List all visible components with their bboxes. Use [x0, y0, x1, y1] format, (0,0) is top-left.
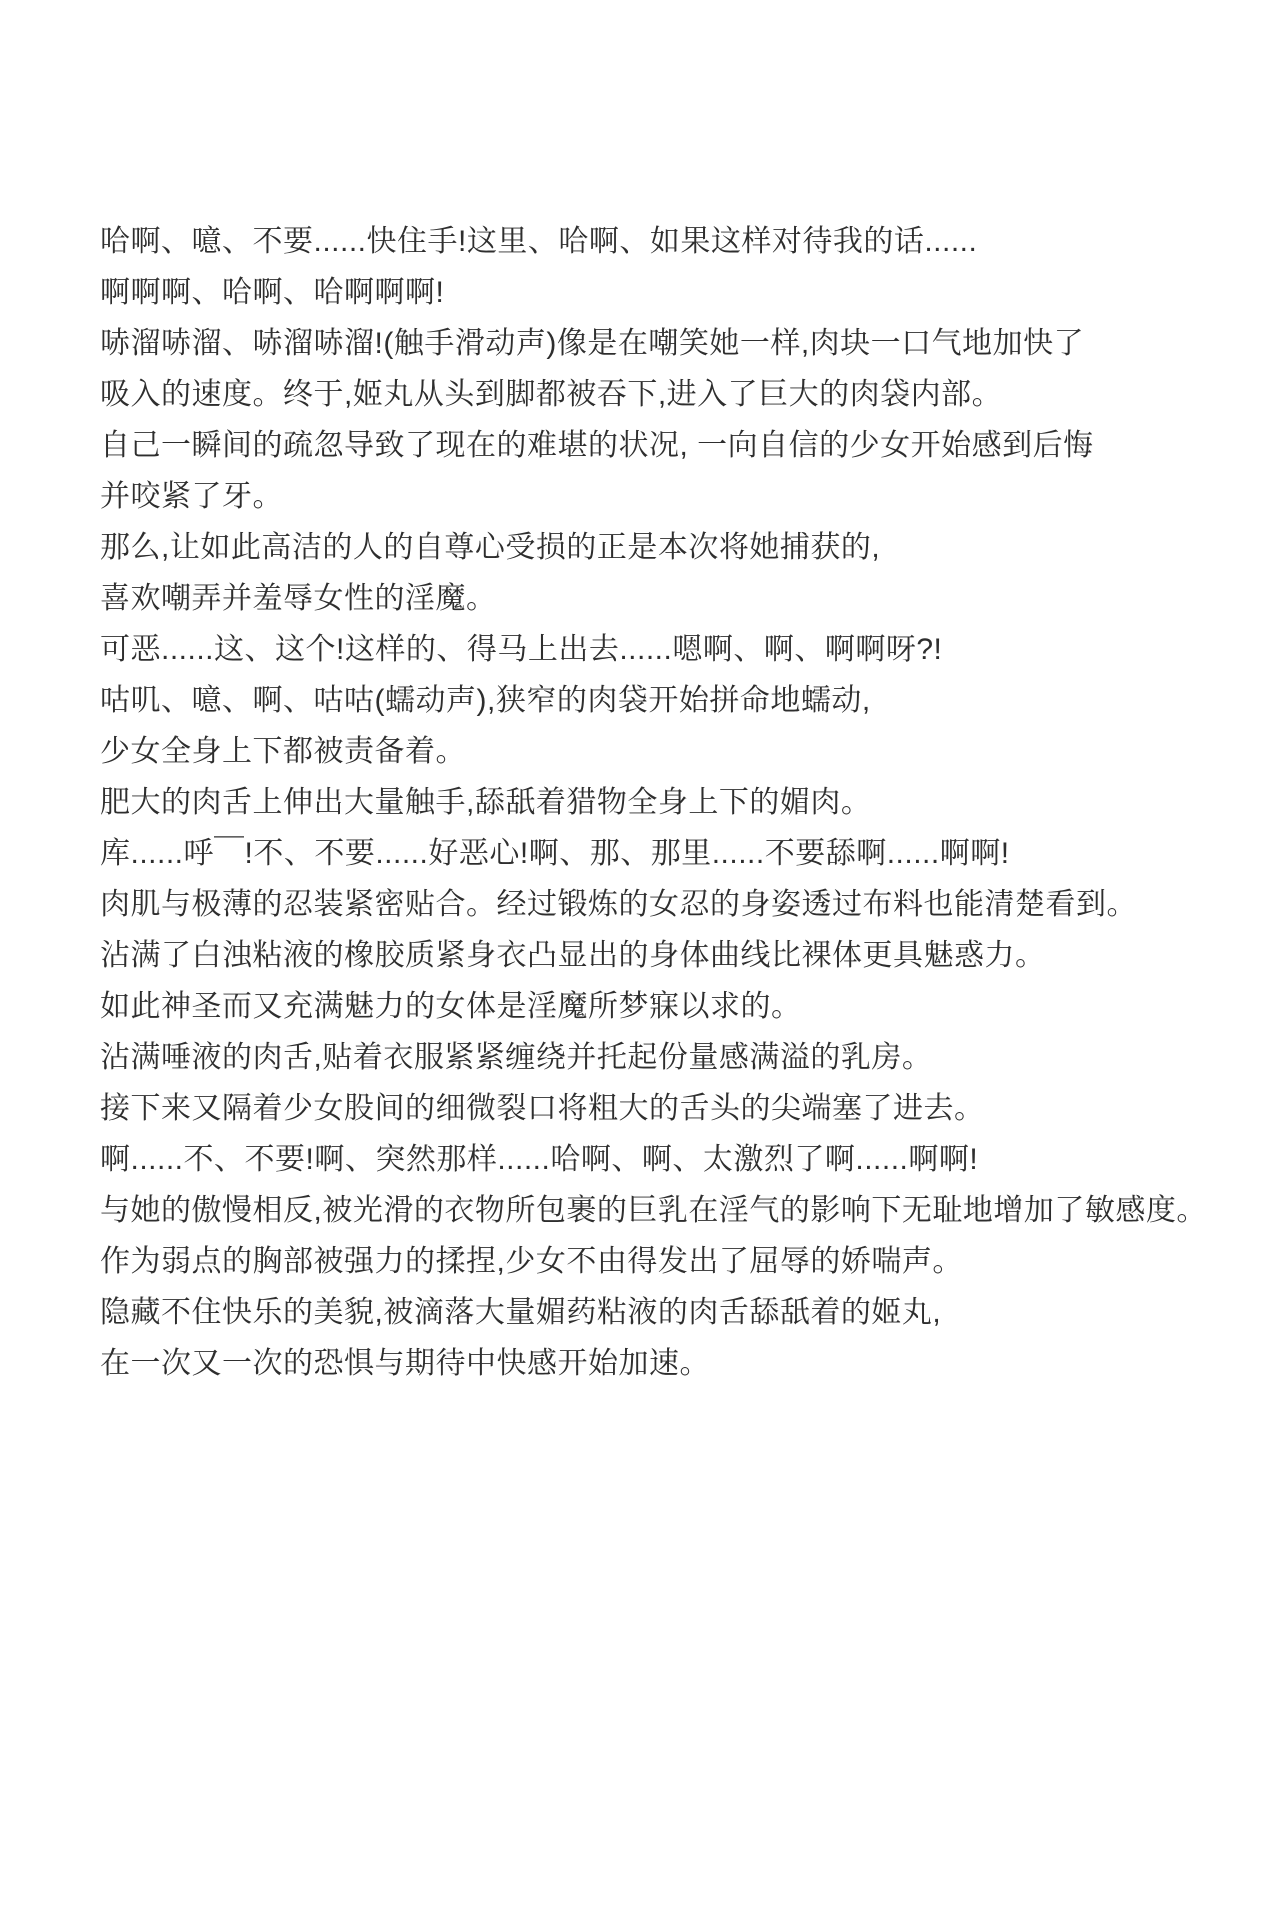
text-line-18: 接下来又隔着少女股间的细微裂口将粗大的舌头的尖端塞了进去。	[100, 1083, 1272, 1134]
text-line-12: 肥大的肉舌上伸出大量触手,舔舐着猎物全身上下的媚肉。	[100, 777, 1272, 828]
text-line-6: 并咬紧了牙。	[100, 471, 1272, 522]
text-line-15: 沾满了白浊粘液的橡胶质紧身衣凸显出的身体曲线比裸体更具魅惑力。	[100, 930, 1272, 981]
text-line-3: 哧溜哧溜、哧溜哧溜!(触手滑动声)像是在嘲笑她一样,肉块一口气地加快了	[100, 318, 1272, 369]
text-line-21: 作为弱点的胸部被强力的揉捏,少女不由得发出了屈辱的娇喘声。	[100, 1236, 1272, 1287]
text-line-8: 喜欢嘲弄并羞辱女性的淫魔。	[100, 573, 1272, 624]
text-line-5: 自己一瞬间的疏忽导致了现在的难堪的状况, 一向自信的少女开始感到后悔	[100, 420, 1272, 471]
text-line-9: 可恶......这、这个!这样的、得马上出去......嗯啊、啊、啊啊呀?!	[100, 624, 1272, 675]
text-line-20: 与她的傲慢相反,被光滑的衣物所包裹的巨乳在淫气的影响下无耻地增加了敏感度。	[100, 1185, 1272, 1236]
text-line-11: 少女全身上下都被责备着。	[100, 726, 1272, 777]
text-line-14: 肉肌与极薄的忍装紧密贴合。经过锻炼的女忍的身姿透过布料也能清楚看到。	[100, 879, 1272, 930]
text-line-19: 啊......不、不要!啊、突然那样......哈啊、啊、太激烈了啊......…	[100, 1134, 1272, 1185]
text-line-4: 吸入的速度。终于,姬丸从头到脚都被吞下,进入了巨大的肉袋内部。	[100, 369, 1272, 420]
text-line-10: 咕叽、噫、啊、咕咕(蠕动声),狭窄的肉袋开始拼命地蠕动,	[100, 675, 1272, 726]
text-line-16: 如此神圣而又充满魅力的女体是淫魔所梦寐以求的。	[100, 981, 1272, 1032]
text-line-17: 沾满唾液的肉舌,贴着衣服紧紧缠绕并托起份量感满溢的乳房。	[100, 1032, 1272, 1083]
text-line-1: 哈啊、噫、不要......快住手!这里、哈啊、如果这样对待我的话......	[100, 216, 1272, 267]
text-line-23: 在一次又一次的恐惧与期待中快感开始加速。	[100, 1338, 1272, 1389]
text-page: 哈啊、噫、不要......快住手!这里、哈啊、如果这样对待我的话...... 啊…	[100, 216, 1272, 1389]
text-line-7: 那么,让如此高洁的人的自尊心受损的正是本次将她捕获的,	[100, 522, 1272, 573]
text-line-2: 啊啊啊、哈啊、哈啊啊啊!	[100, 267, 1272, 318]
text-line-13: 库......呼￣!不、不要......好恶心!啊、那、那里......不要舔啊…	[100, 828, 1272, 879]
text-line-22: 隐藏不住快乐的美貌,被滴落大量媚药粘液的肉舌舔舐着的姬丸,	[100, 1287, 1272, 1338]
document-background: { "page": { "background_color": "#ffffff…	[0, 0, 1280, 1920]
